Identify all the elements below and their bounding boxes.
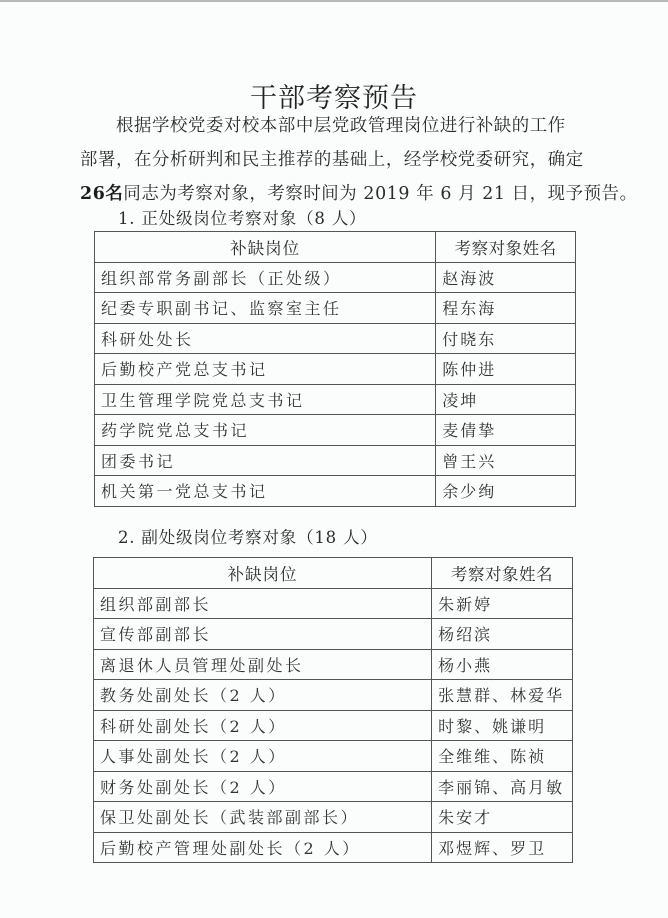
table-row: 后勤校产管理处副处长（2 人）邓煜辉、罗卫 <box>94 832 573 863</box>
candidate-name-cell: 邓煜辉、罗卫 <box>432 832 573 863</box>
table-row: 卫生管理学院党总支书记凌坤 <box>95 384 576 415</box>
table-row: 宣传部副部长杨绍滨 <box>94 619 573 650</box>
position-cell: 组织部常务副部长（正处级） <box>95 262 436 293</box>
intro-line-1: 根据学校党委对校本部中层党政管理岗位进行补缺的工作 <box>80 109 592 143</box>
candidate-name-cell: 杨绍滨 <box>432 619 573 650</box>
table-row: 人事处副处长（2 人）全维维、陈祯 <box>94 741 573 772</box>
position-cell: 宣传部副部长 <box>94 619 432 650</box>
table-row: 组织部常务副部长（正处级）赵海波 <box>95 262 576 293</box>
table-row: 科研处副处长（2 人）时黎、姚谦明 <box>94 710 573 741</box>
position-cell: 团委书记 <box>95 445 436 476</box>
table-row: 离退休人员管理处副处长杨小燕 <box>94 649 573 680</box>
table-row: 组织部副部长朱新婷 <box>94 588 573 619</box>
table-row: 机关第一党总支书记余少绚 <box>95 476 576 507</box>
table-row: 科研处处长付晓东 <box>95 323 576 354</box>
position-cell: 药学院党总支书记 <box>95 415 436 446</box>
column-header-name: 考察对象姓名 <box>432 558 573 589</box>
candidate-name-cell: 张慧群、林爱华 <box>432 680 573 711</box>
table-header-row: 补缺岗位 考察对象姓名 <box>94 558 573 589</box>
position-cell: 机关第一党总支书记 <box>95 476 436 507</box>
table-row: 财务处副处长（2 人）李丽锦、高月敏 <box>94 771 573 802</box>
candidate-name-cell: 李丽锦、高月敏 <box>432 771 573 802</box>
column-header-position: 补缺岗位 <box>95 232 436 263</box>
position-cell: 卫生管理学院党总支书记 <box>95 384 436 415</box>
table-row: 药学院党总支书记麦倩挚 <box>95 415 576 446</box>
candidate-name-cell: 程东海 <box>436 293 576 324</box>
section-2-heading: 2. 副处级岗位考察对象（18 人） <box>118 524 378 548</box>
candidate-count: 26名 <box>80 184 123 204</box>
table-header-row: 补缺岗位 考察对象姓名 <box>95 232 576 263</box>
table-row: 教务处副处长（2 人）张慧群、林爱华 <box>94 680 573 711</box>
candidate-name-cell: 杨小燕 <box>432 649 573 680</box>
senior-positions-table: 补缺岗位 考察对象姓名 组织部常务副部长（正处级）赵海波 纪委专职副书记、监察室… <box>94 231 576 507</box>
intro-line-2: 部署，在分析研判和民主推荐的基础上，经学校党委研究，确定 <box>80 143 592 177</box>
position-cell: 离退休人员管理处副处长 <box>94 649 432 680</box>
candidate-name-cell: 朱新婷 <box>432 588 573 619</box>
table-row: 团委书记曾王兴 <box>95 445 576 476</box>
candidate-name-cell: 朱安才 <box>432 802 573 833</box>
intro-paragraph: 根据学校党委对校本部中层党政管理岗位进行补缺的工作 部署，在分析研判和民主推荐的… <box>80 109 592 211</box>
position-cell: 财务处副处长（2 人） <box>94 771 432 802</box>
table-row: 后勤校产党总支书记陈仲进 <box>95 354 576 385</box>
position-cell: 教务处副处长（2 人） <box>94 680 432 711</box>
position-cell: 人事处副处长（2 人） <box>94 741 432 772</box>
table-row: 保卫处副处长（武装部副部长）朱安才 <box>94 802 573 833</box>
position-cell: 纪委专职副书记、监察室主任 <box>95 293 436 324</box>
position-cell: 科研处副处长（2 人） <box>94 710 432 741</box>
position-cell: 后勤校产管理处副处长（2 人） <box>94 832 432 863</box>
deputy-positions-table: 补缺岗位 考察对象姓名 组织部副部长朱新婷 宣传部副部长杨绍滨 离退休人员管理处… <box>93 557 573 863</box>
candidate-name-cell: 赵海波 <box>436 262 576 293</box>
section-1-heading: 1. 正处级岗位考察对象（8 人） <box>118 205 366 229</box>
table-row: 纪委专职副书记、监察室主任程东海 <box>95 293 576 324</box>
candidate-name-cell: 付晓东 <box>436 323 576 354</box>
intro-line-3-text: 同志为考察对象，考察时间为 2019 年 6 月 21 日，现予预告。 <box>123 184 637 204</box>
position-cell: 后勤校产党总支书记 <box>95 354 436 385</box>
candidate-name-cell: 余少绚 <box>436 476 576 507</box>
candidate-name-cell: 陈仲进 <box>436 354 576 385</box>
scan-top-edge <box>0 0 668 2</box>
candidate-name-cell: 麦倩挚 <box>436 415 576 446</box>
candidate-name-cell: 时黎、姚谦明 <box>432 710 573 741</box>
column-header-name: 考察对象姓名 <box>436 232 576 263</box>
column-header-position: 补缺岗位 <box>94 558 432 589</box>
position-cell: 组织部副部长 <box>94 588 432 619</box>
position-cell: 科研处处长 <box>95 323 436 354</box>
candidate-name-cell: 全维维、陈祯 <box>432 741 573 772</box>
candidate-name-cell: 凌坤 <box>436 384 576 415</box>
position-cell: 保卫处副处长（武装部副部长） <box>94 802 432 833</box>
candidate-name-cell: 曾王兴 <box>436 445 576 476</box>
